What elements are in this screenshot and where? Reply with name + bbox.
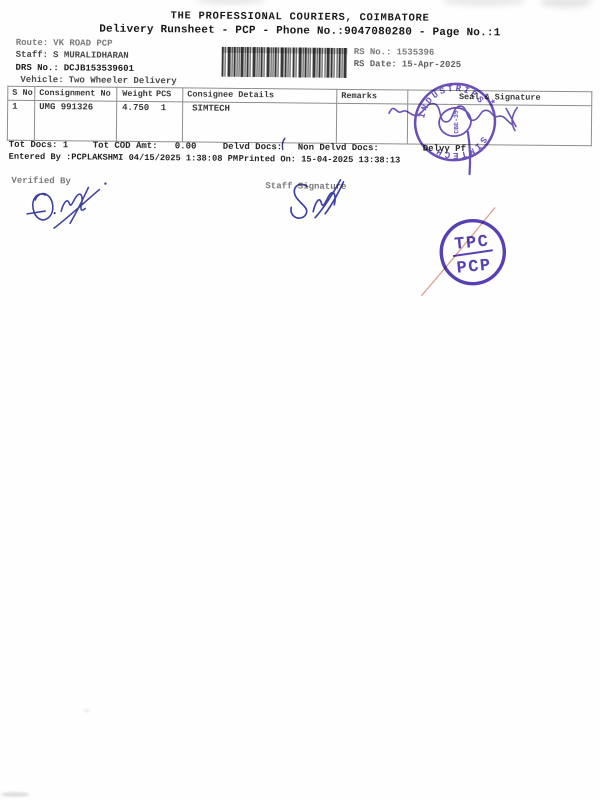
tot-cod-value: 0.00 [175,140,197,152]
stamp-line1-text: TPC [454,233,491,255]
staff-label: Staff: [16,50,49,60]
col-weight-pcs: WeightPCS [117,87,183,102]
tot-docs-label: Tot Docs: [9,139,58,151]
non-delvd-docs-label: Non Delvd Docs: [298,141,379,154]
scanned-runsheet-page: THE PROFESSIONAL COURIERS, COIMBATORE De… [0,0,600,800]
col-consignment-no: Consignment No [35,86,117,101]
cell-consignment-no: UMG 991326 [34,100,116,141]
staff-signature-label: Staff Signature [265,180,346,193]
red-pen-stroke [421,207,495,297]
cell-s-no: 1 [7,100,34,140]
col-weight: Weight [122,89,153,99]
drs-label: DRS No.: [15,62,58,72]
entered-by-text: Entered By :PCPLAKSHMI 04/15/2025 1:38:0… [9,151,238,165]
drs-value: DCJB153539601 [64,63,134,74]
col-consignee-details: Consignee Details [183,88,337,103]
cell-remarks [336,103,407,144]
vehicle-value: Two Wheeler Delivery [69,75,177,86]
rs-date-value: 15-Apr-2025 [402,59,462,70]
route-line: Route:VK ROAD PCP [16,37,113,50]
consignment-barcode [221,47,347,78]
route-label: Route: [16,38,49,48]
tot-cod-label: Tot COD Amt: [93,140,158,153]
stamp-line2-text: PCP [456,256,493,278]
document-body: THE PROFESSIONAL COURIERS, COIMBATORE De… [0,0,600,800]
cell-pcs: 1 [161,103,167,113]
verified-by-signature [27,182,107,229]
cell-seal-signature [407,104,591,146]
rs-no-value: 1535396 [396,47,434,57]
col-s-no: S No [8,86,35,100]
cell-weight: 4.750 [122,103,149,113]
cell-weight-pcs: 4.7501 [116,101,182,142]
staff-line: Staff:S MURALIDHARAN [16,49,129,62]
delvd-docs-label: Delvd Docs: [223,141,283,154]
verified-by-label: Verified By [11,175,71,188]
staff-value: S MURALIDHARAN [53,50,129,61]
drs-line: DRS No.:DCJB153539601 [15,61,134,74]
tot-docs-value: 1 [63,139,69,151]
vehicle-label: Vehicle: [20,75,63,85]
rs-no-line: RS No.:1535396 [354,46,435,59]
col-pcs: PCS [156,89,171,99]
rs-date-line: RS Date:15-Apr-2025 [354,58,462,71]
cell-consignee: SIMTECH [182,102,336,143]
delvy-label: Delvy Pf [423,143,466,155]
printed-on-text: Printed On: 15-04-2025 13:38:13 [239,153,401,167]
office-round-stamp: TPC PCP [429,212,520,303]
runsheet-table: S No Consignment No WeightPCS Consignee … [7,86,593,147]
route-value: VK ROAD PCP [53,38,113,49]
rs-date-label: RS Date: [354,59,397,69]
col-remarks: Remarks [337,89,408,104]
rs-no-label: RS No.: [354,47,392,57]
